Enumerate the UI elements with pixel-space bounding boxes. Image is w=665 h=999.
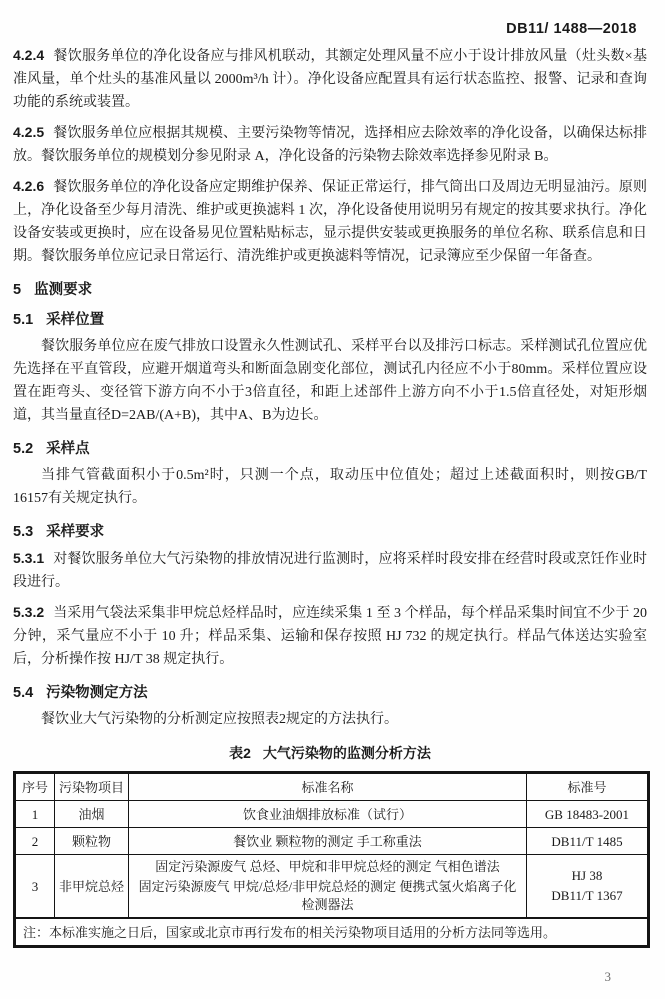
paragraph-5-4: 餐饮业大气污染物的分析测定应按照表2规定的方法执行。 bbox=[13, 708, 647, 731]
standard-name-line: 固定污染源废气 甲烷/总烃/非甲烷总烃的测定 便携式氢火焰离子化检测器法 bbox=[133, 877, 522, 915]
standard-no-line: DB11/T 1367 bbox=[531, 886, 643, 906]
clause-text: 餐饮服务单位的净化设备应定期维护保养、保证正常运行，排气筒出口及周边无明显油污。… bbox=[13, 180, 647, 264]
standard-document-page: DB11/ 1488—2018 4.2.4餐饮服务单位的净化设备应与排风机联动，… bbox=[0, 0, 665, 999]
clause-number: 4.2.5 bbox=[13, 124, 44, 140]
clause-text: 餐饮服务单位的净化设备应与排风机联动，其额定处理风量不应小于设计排放风量（灶头数… bbox=[13, 49, 647, 110]
monitoring-methods-table: 序号 污染物项目 标准名称 标准号 1 油烟 饮食业油烟排放标准（试行） GB … bbox=[13, 771, 650, 948]
cell-standard-no: GB 18483-2001 bbox=[527, 801, 649, 828]
standard-name-line: 固定污染源废气 总烃、甲烷和非甲烷总烃的测定 气相色谱法 bbox=[133, 857, 522, 877]
section-heading-5-3: 5.3采样要求 bbox=[13, 524, 647, 540]
cell-standard-no: HJ 38 DB11/T 1367 bbox=[527, 855, 649, 919]
clause-4-2-4: 4.2.4餐饮服务单位的净化设备应与排风机联动，其额定处理风量不应小于设计排放风… bbox=[13, 44, 647, 114]
col-header-standard-no: 标准号 bbox=[527, 773, 649, 801]
section-title: 污染物测定方法 bbox=[46, 685, 148, 701]
cell-serial: 3 bbox=[15, 855, 55, 919]
section-number: 5.4 bbox=[13, 685, 33, 701]
section-heading-5-2: 5.2采样点 bbox=[13, 441, 647, 457]
col-header-pollutant: 污染物项目 bbox=[55, 773, 129, 801]
clause-number: 5.3.1 bbox=[13, 550, 44, 566]
table-title: 大气污染物的监测分析方法 bbox=[263, 745, 431, 761]
table-caption: 表2大气污染物的监测分析方法 bbox=[13, 745, 647, 761]
col-header-standard-name: 标准名称 bbox=[129, 773, 527, 801]
cell-standard-name: 饮食业油烟排放标准（试行） bbox=[129, 801, 527, 828]
clause-5-3-2: 5.3.2当采用气袋法采集非甲烷总烃样品时，应连续采集 1 至 3 个样品，每个… bbox=[13, 601, 647, 671]
paragraph-5-1: 餐饮服务单位应在废气排放口设置永久性测试孔、采样平台以及排污口标志。采样测试孔位… bbox=[13, 335, 647, 427]
col-header-serial: 序号 bbox=[15, 773, 55, 801]
doc-code: DB11/ 1488—2018 bbox=[13, 22, 647, 37]
table-header-row: 序号 污染物项目 标准名称 标准号 bbox=[15, 773, 649, 801]
clause-number: 4.2.6 bbox=[13, 178, 44, 194]
table-row: 3 非甲烷总烃 固定污染源废气 总烃、甲烷和非甲烷总烃的测定 气相色谱法 固定污… bbox=[15, 855, 649, 919]
clause-text: 餐饮服务单位应根据其规模、主要污染物等情况，选择相应去除效率的净化设备，以确保达… bbox=[13, 126, 647, 164]
paragraph-5-2: 当排气管截面积小于0.5m²时，只测一个点，取动压中位值处；超过上述截面积时，则… bbox=[13, 464, 647, 510]
standard-no-line: HJ 38 bbox=[531, 866, 643, 886]
cell-standard-no: DB11/T 1485 bbox=[527, 828, 649, 855]
cell-serial: 1 bbox=[15, 801, 55, 828]
clause-number: 5.3.2 bbox=[13, 604, 44, 620]
section-title: 采样要求 bbox=[46, 524, 104, 540]
table-note: 注：本标准实施之日后，国家或北京市再行发布的相关污染物项目适用的分析方法同等选用… bbox=[15, 918, 649, 947]
section-title: 采样位置 bbox=[46, 312, 104, 328]
clause-4-2-6: 4.2.6餐饮服务单位的净化设备应定期维护保养、保证正常运行，排气筒出口及周边无… bbox=[13, 175, 647, 268]
cell-pollutant: 颗粒物 bbox=[55, 828, 129, 855]
section-number: 5.3 bbox=[13, 524, 33, 540]
clause-text: 对餐饮服务单位大气污染物的排放情况进行监测时，应将采样时段安排在经营时段或烹饪作… bbox=[13, 552, 647, 590]
clause-5-3-1: 5.3.1对餐饮服务单位大气污染物的排放情况进行监测时，应将采样时段安排在经营时… bbox=[13, 547, 647, 594]
cell-pollutant: 油烟 bbox=[55, 801, 129, 828]
cell-serial: 2 bbox=[15, 828, 55, 855]
section-heading-5-1: 5.1采样位置 bbox=[13, 312, 647, 328]
section-number: 5.2 bbox=[13, 441, 33, 457]
clause-4-2-5: 4.2.5餐饮服务单位应根据其规模、主要污染物等情况，选择相应去除效率的净化设备… bbox=[13, 121, 647, 168]
section-number: 5 bbox=[13, 282, 21, 298]
section-title: 监测要求 bbox=[34, 282, 92, 298]
cell-standard-name: 固定污染源废气 总烃、甲烷和非甲烷总烃的测定 气相色谱法 固定污染源废气 甲烷/… bbox=[129, 855, 527, 919]
table-note-row: 注：本标准实施之日后，国家或北京市再行发布的相关污染物项目适用的分析方法同等选用… bbox=[15, 918, 649, 947]
table-row: 2 颗粒物 餐饮业 颗粒物的测定 手工称重法 DB11/T 1485 bbox=[15, 828, 649, 855]
cell-standard-name: 餐饮业 颗粒物的测定 手工称重法 bbox=[129, 828, 527, 855]
section-heading-5-4: 5.4污染物测定方法 bbox=[13, 685, 647, 701]
table-row: 1 油烟 饮食业油烟排放标准（试行） GB 18483-2001 bbox=[15, 801, 649, 828]
cell-pollutant: 非甲烷总烃 bbox=[55, 855, 129, 919]
section-title: 采样点 bbox=[46, 441, 90, 457]
clause-number: 4.2.4 bbox=[13, 47, 44, 63]
table-label: 表2 bbox=[229, 745, 251, 761]
section-number: 5.1 bbox=[13, 312, 33, 328]
page-number: 3 bbox=[13, 965, 647, 988]
section-heading-5: 5监测要求 bbox=[13, 282, 647, 298]
clause-text: 当采用气袋法采集非甲烷总烃样品时，应连续采集 1 至 3 个样品，每个样品采集时… bbox=[13, 606, 647, 667]
